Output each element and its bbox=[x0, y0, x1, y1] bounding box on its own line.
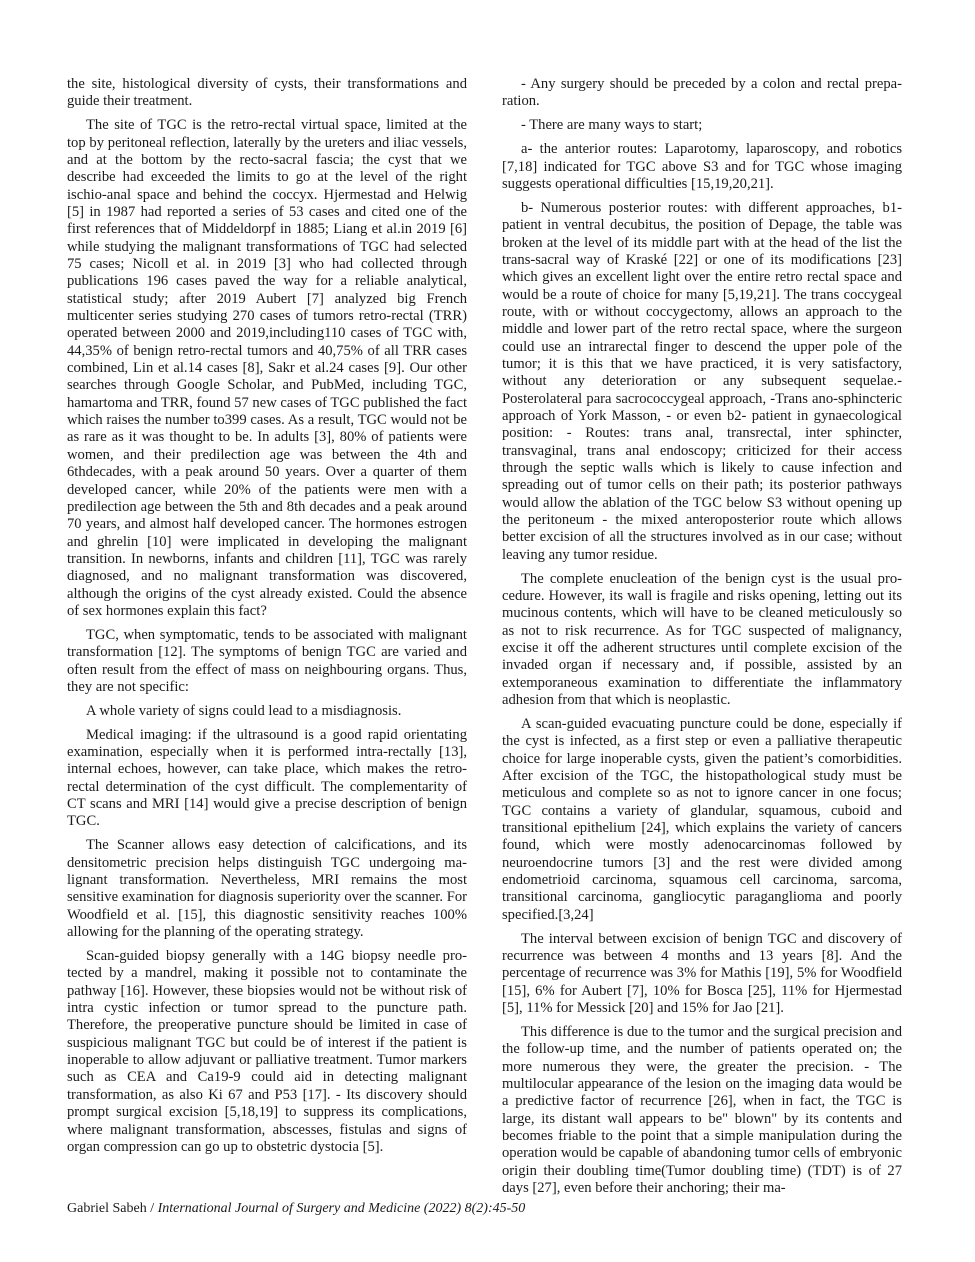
paragraph: Scan-guided biopsy generally with a 14G … bbox=[67, 948, 467, 1156]
paragraph: a- the anterior routes: Laparotomy, lapa… bbox=[502, 141, 902, 193]
paragraph: Medical imaging: if the ultrasound is a … bbox=[67, 727, 467, 831]
paragraph: A whole variety of signs could lead to a… bbox=[67, 703, 467, 720]
paragraph: b- Numerous posterior routes: with diffe… bbox=[502, 200, 902, 564]
paragraph: The site of TGC is the retro-rectal virt… bbox=[67, 117, 467, 620]
footer-separator: / bbox=[147, 1201, 158, 1216]
paragraph: A scan-guided evacuating puncture could … bbox=[502, 716, 902, 924]
paragraph: the site, histological diversity of cyst… bbox=[67, 76, 467, 111]
paragraph: TGC, when symptomatic, tends to be assoc… bbox=[67, 627, 467, 696]
footer-author: Gabriel Sabeh bbox=[67, 1201, 147, 1216]
paragraph: The complete enucleation of the benign c… bbox=[502, 571, 902, 710]
paragraph: - There are many ways to start; bbox=[502, 117, 902, 134]
footer-journal-citation: International Journal of Surgery and Med… bbox=[158, 1201, 526, 1216]
paragraph: This difference is due to the tumor and … bbox=[502, 1024, 902, 1197]
left-column: the site, histological diversity of cyst… bbox=[67, 76, 467, 1163]
journal-page: the site, histological diversity of cyst… bbox=[0, 0, 975, 1262]
page-footer: Gabriel Sabeh / International Journal of… bbox=[67, 1201, 525, 1217]
paragraph: The Scanner allows easy detection of cal… bbox=[67, 837, 467, 941]
paragraph: - Any surgery should be preceded by a co… bbox=[502, 76, 902, 111]
paragraph: The interval between excision of benign … bbox=[502, 931, 902, 1018]
right-column: - Any surgery should be preceded by a co… bbox=[502, 76, 902, 1204]
